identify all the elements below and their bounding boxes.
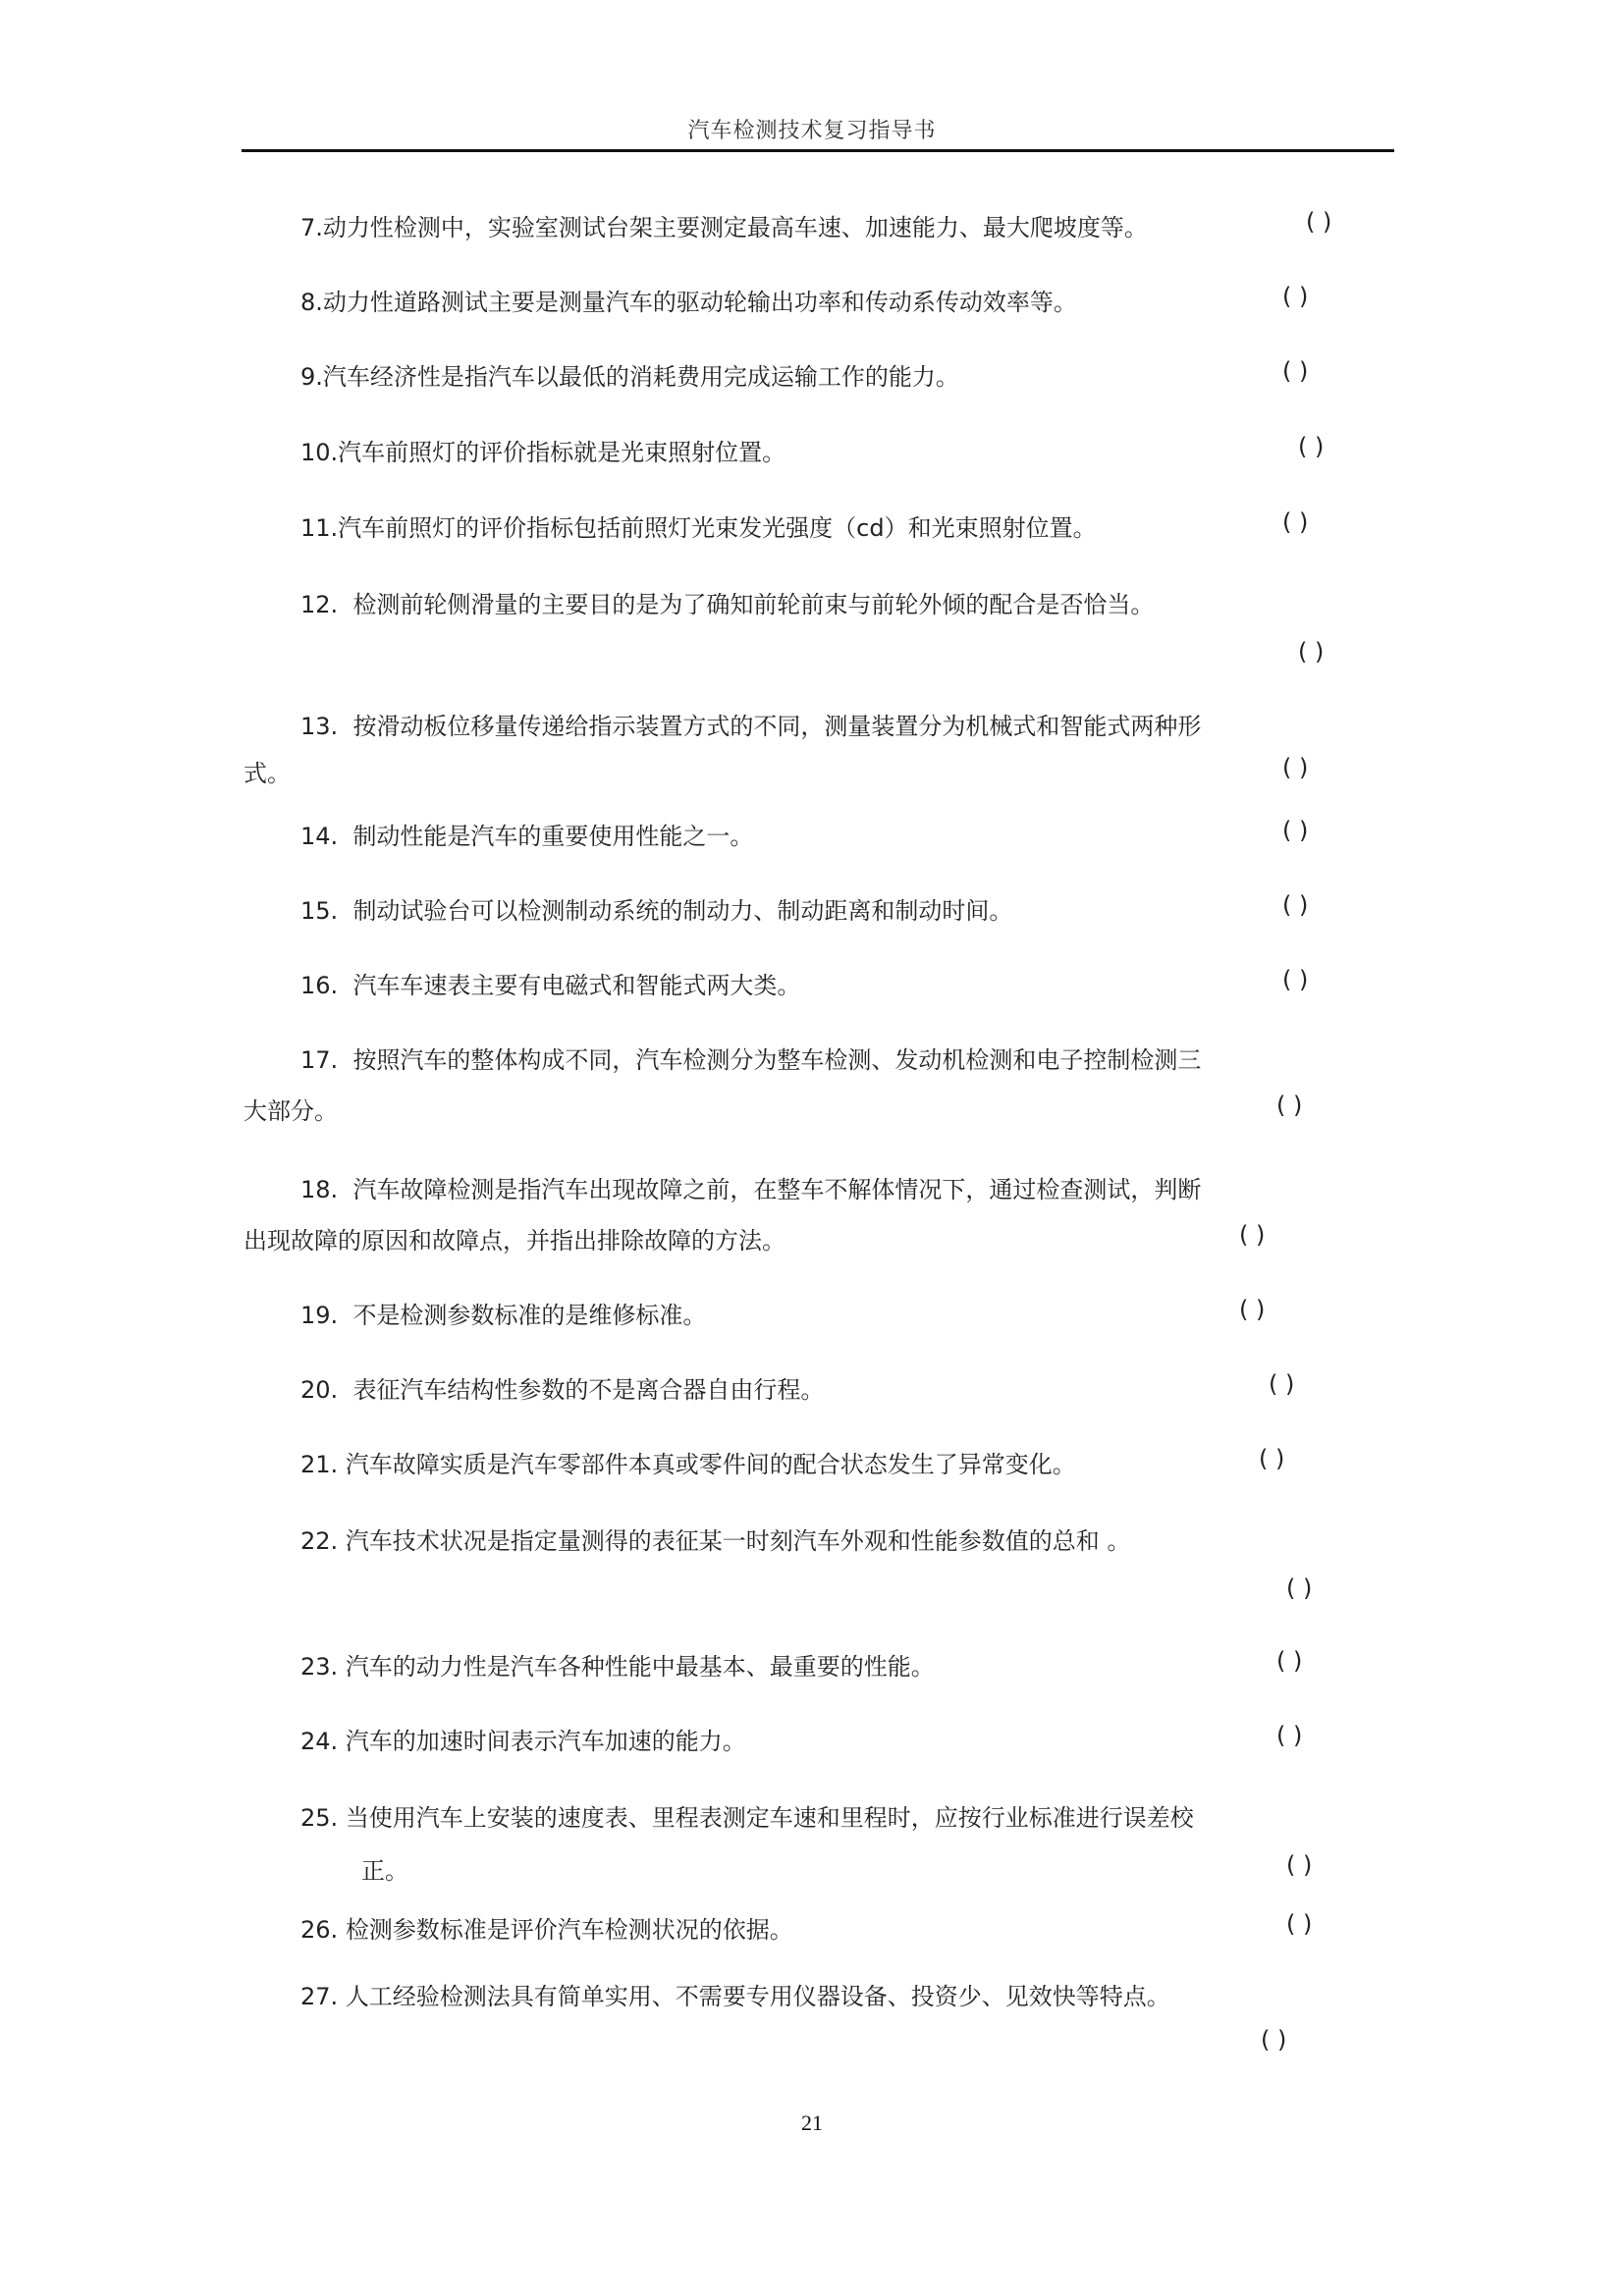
answer-blank-11[interactable]: ( ): [1282, 508, 1308, 536]
question-18-continuation: 出现故障的原因和故障点，并指出排除故障的方法。: [244, 1221, 785, 1255]
question-14: 14. 制动性能是汽车的重要使用性能之一。: [300, 817, 753, 851]
answer-blank-26[interactable]: ( ): [1286, 1910, 1312, 1938]
answer-blank-23[interactable]: ( ): [1276, 1647, 1302, 1675]
question-19: 19. 不是检测参数标准的是维修标准。: [300, 1296, 706, 1330]
answer-blank-17[interactable]: ( ): [1276, 1092, 1302, 1119]
question-27: 27. 人工经验检测法具有简单实用、不需要专用仪器设备、投资少、见效快等特点。: [300, 1977, 1170, 2011]
question-24: 24. 汽车的加速时间表示汽车加速的能力。: [300, 1722, 746, 1756]
answer-blank-9[interactable]: ( ): [1282, 357, 1308, 385]
question-25-continuation: 正。: [361, 1851, 408, 1886]
question-20: 20. 表征汽车结构性参数的不是离合器自由行程。: [300, 1370, 824, 1405]
answer-blank-10[interactable]: ( ): [1298, 433, 1324, 460]
question-10: 10.汽车前照灯的评价指标就是光束照射位置。: [300, 433, 785, 467]
answer-blank-16[interactable]: ( ): [1282, 966, 1308, 993]
answer-blank-24[interactable]: ( ): [1276, 1722, 1302, 1749]
question-11: 11.汽车前照灯的评价指标包括前照灯光束发光强度（cd）和光束照射位置。: [300, 508, 1097, 543]
answer-blank-8[interactable]: ( ): [1282, 283, 1308, 310]
answer-blank-25[interactable]: ( ): [1286, 1851, 1312, 1879]
question-8: 8.动力性道路测试主要是测量汽车的驱动轮输出功率和传动系传动效率等。: [300, 283, 1077, 317]
answer-blank-13[interactable]: ( ): [1282, 754, 1308, 781]
question-7: 7.动力性检测中，实验室测试台架主要测定最高车速、加速能力、最大爬坡度等。: [300, 208, 1148, 242]
question-13: 13. 按滑动板位移量传递给指示装置方式的不同，测量装置分为机械式和智能式两种形: [300, 707, 1201, 741]
answer-blank-22[interactable]: ( ): [1286, 1575, 1312, 1602]
question-17-continuation: 大部分。: [244, 1092, 338, 1126]
question-17: 17. 按照汽车的整体构成不同，汽车检测分为整车检测、发动机检测和电子控制检测三: [300, 1041, 1201, 1075]
header-rule: [242, 149, 1394, 152]
answer-blank-14[interactable]: ( ): [1282, 817, 1308, 844]
answer-blank-7[interactable]: ( ): [1306, 208, 1331, 236]
running-header-title: 汽车检测技术复习指导书: [0, 114, 1624, 144]
page-number: 21: [0, 2110, 1624, 2136]
answer-blank-20[interactable]: ( ): [1269, 1370, 1294, 1398]
question-18: 18. 汽车故障检测是指汽车出现故障之前，在整车不解体情况下，通过检查测试，判断: [300, 1170, 1201, 1204]
question-15: 15. 制动试验台可以检测制动系统的制动力、制动距离和制动时间。: [300, 891, 1012, 926]
question-9: 9.汽车经济性是指汽车以最低的消耗费用完成运输工作的能力。: [300, 357, 959, 392]
answer-blank-18[interactable]: ( ): [1239, 1221, 1265, 1249]
question-26: 26. 检测参数标准是评价汽车检测状况的依据。: [300, 1910, 793, 1945]
answer-blank-12[interactable]: ( ): [1298, 638, 1324, 666]
question-13-continuation: 式。: [244, 754, 291, 788]
question-22: 22. 汽车技术状况是指定量测得的表征某一时刻汽车外观和性能参数值的总和 。: [300, 1522, 1130, 1556]
question-21: 21. 汽车故障实质是汽车零部件本真或零件间的配合状态发生了异常变化。: [300, 1445, 1076, 1479]
answer-blank-19[interactable]: ( ): [1239, 1296, 1265, 1323]
question-25: 25. 当使用汽车上安装的速度表、里程表测定车速和里程时，应按行业标准进行误差校: [300, 1798, 1194, 1833]
question-16: 16. 汽车车速表主要有电磁式和智能式两大类。: [300, 966, 800, 1000]
question-12: 12. 检测前轮侧滑量的主要目的是为了确知前轮前束与前轮外倾的配合是否恰当。: [300, 585, 1154, 619]
answer-blank-27[interactable]: ( ): [1261, 2026, 1286, 2054]
answer-blank-15[interactable]: ( ): [1282, 891, 1308, 919]
answer-blank-21[interactable]: ( ): [1259, 1445, 1284, 1472]
question-23: 23. 汽车的动力性是汽车各种性能中最基本、最重要的性能。: [300, 1647, 935, 1682]
